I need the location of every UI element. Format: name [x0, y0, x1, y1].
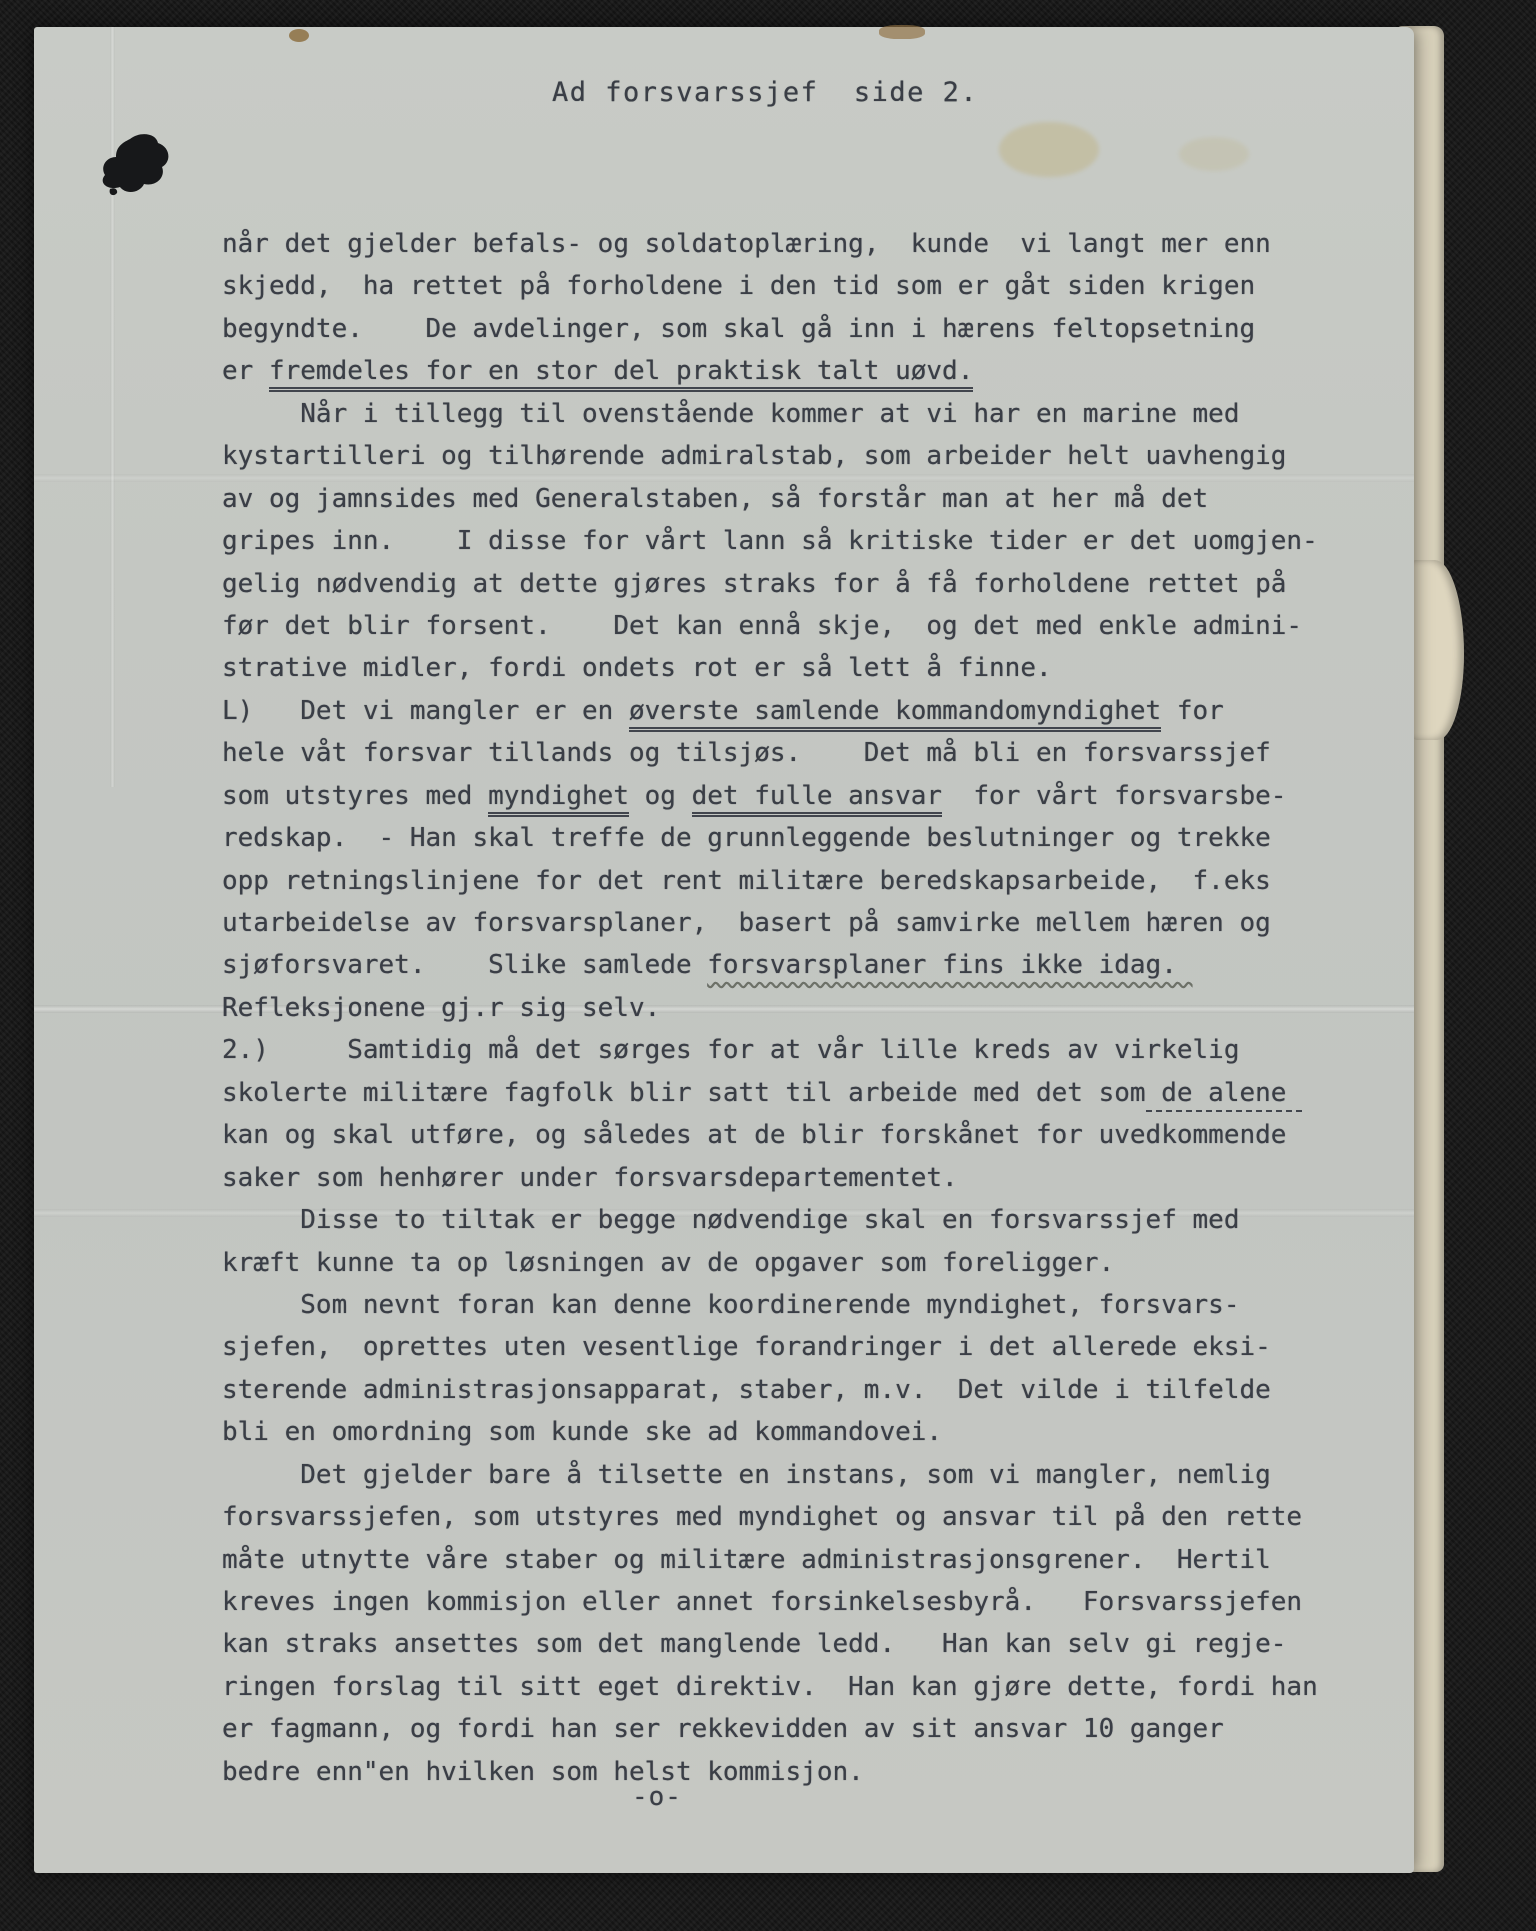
text-line: 2.) Samtidig må det sørges for at vår li…	[222, 1029, 1402, 1071]
text-segment: sterende administrasjonsapparat, staber,…	[222, 1375, 1271, 1405]
text-segment: er fagmann, og fordi han ser rekkevidden…	[222, 1714, 1224, 1744]
text-line: L) Det vi mangler er en øverste samlende…	[222, 690, 1402, 732]
text-line: måte utnytte våre staber og militære adm…	[222, 1539, 1402, 1581]
text-line: strative midler, fordi ondets rot er så …	[222, 647, 1402, 689]
text-line: opp retningslinjene for det rent militær…	[222, 860, 1402, 902]
text-line: ringen forslag til sitt eget direktiv. H…	[222, 1666, 1402, 1708]
text-line: sterende administrasjonsapparat, staber,…	[222, 1369, 1402, 1411]
text-segment: skjedd, ha rettet på forholdene i den ti…	[222, 271, 1255, 301]
text-line: kystartilleri og tilhørende admiralstab,…	[222, 435, 1402, 477]
text-segment: Det gjelder bare å tilsette en instans, …	[222, 1460, 1271, 1490]
text-segment: bedre enn"en hvilken som helst kommisjon…	[222, 1757, 864, 1787]
text-segment: kan og skal utføre, og således at de bli…	[222, 1120, 1286, 1150]
typed-text-body: når det gjelder befals- og soldatoplærin…	[222, 223, 1402, 1793]
text-segment: måte utnytte våre staber og militære adm…	[222, 1545, 1271, 1575]
text-segment: Som nevnt foran kan denne koordinerende …	[222, 1290, 1239, 1320]
text-segment: saker som henhører under forsvarsdeparte…	[222, 1163, 958, 1193]
text-line: redskap. - Han skal treffe de grunnlegge…	[222, 817, 1402, 859]
text-segment: når det gjelder befals- og soldatoplærin…	[222, 229, 1271, 259]
text-segment: redskap. - Han skal treffe de grunnlegge…	[222, 823, 1271, 853]
text-segment: sjøforsvaret. Slike samlede	[222, 950, 707, 980]
stain-spot	[879, 25, 925, 39]
text-segment: ringen forslag til sitt eget direktiv. H…	[222, 1672, 1318, 1702]
text-segment: kreves ingen kommisjon eller annet forsi…	[222, 1587, 1302, 1617]
text-line: kan og skal utføre, og således at de bli…	[222, 1114, 1402, 1156]
text-segment: kræft kunne ta op løsningen av de opgave…	[222, 1248, 1114, 1278]
underlying-page-flap	[1408, 560, 1464, 740]
underlined-text-segment: de alene	[1146, 1078, 1303, 1112]
stain-spot	[289, 29, 309, 42]
text-line: før det blir forsent. Det kan ennå skje,…	[222, 605, 1402, 647]
text-line: bli en omordning som kunde ske ad komman…	[222, 1411, 1402, 1453]
text-segment: sjefen, oprettes uten vesentlige forandr…	[222, 1332, 1271, 1362]
underlined-text-segment: fremdeles for en stor del praktisk talt …	[269, 356, 973, 392]
underlined-text-segment: øverste samlende kommandomyndighet	[629, 696, 1161, 732]
text-segment: forsvarssjefen, som utstyres med myndigh…	[222, 1502, 1302, 1532]
text-segment: for vårt forsvarsbe-	[942, 781, 1286, 811]
text-segment: er	[222, 356, 269, 386]
text-line: Det gjelder bare å tilsette en instans, …	[222, 1454, 1402, 1496]
underlined-text-segment: det fulle ansvar	[692, 781, 942, 817]
text-segment: kystartilleri og tilhørende admiralstab,…	[222, 441, 1286, 471]
text-line: skolerte militære fagfolk blir satt til …	[222, 1072, 1402, 1114]
text-line: gelig nødvendig at dette gjøres straks f…	[222, 563, 1402, 605]
text-segment: før det blir forsent. Det kan ennå skje,…	[222, 611, 1302, 641]
text-segment: kan straks ansettes som det manglende le…	[222, 1629, 1286, 1659]
text-segment: opp retningslinjene for det rent militær…	[222, 866, 1271, 896]
text-line: som utstyres med myndighet og det fulle …	[222, 775, 1402, 817]
text-line: Som nevnt foran kan denne koordinerende …	[222, 1284, 1402, 1326]
text-line: hele våt forsvar tillands og tilsjøs. De…	[222, 732, 1402, 774]
underlined-text-segment: myndighet	[488, 781, 629, 817]
text-line: sjefen, oprettes uten vesentlige forandr…	[222, 1326, 1402, 1368]
text-line: av og jamnsides med Generalstaben, så fo…	[222, 478, 1402, 520]
text-segment: begyndte. De avdelinger, som skal gå inn…	[222, 314, 1255, 344]
document-page: Ad forsvarssjef side 2. når det gjelder …	[34, 27, 1414, 1873]
page-footer: -o-	[632, 1782, 682, 1812]
text-segment: Refleksjonene gj.r sig selv.	[222, 993, 660, 1023]
text-line: forsvarssjefen, som utstyres med myndigh…	[222, 1496, 1402, 1538]
text-line: sjøforsvaret. Slike samlede forsvarsplan…	[222, 944, 1402, 986]
text-segment: som utstyres med	[222, 781, 488, 811]
text-segment: gelig nødvendig at dette gjøres straks f…	[222, 569, 1286, 599]
text-segment: gripes inn. I disse for vårt lann så kri…	[222, 526, 1318, 556]
text-segment: Når i tillegg til ovenstående kommer at …	[222, 399, 1239, 429]
text-line: begyndte. De avdelinger, som skal gå inn…	[222, 308, 1402, 350]
page-header: Ad forsvarssjef side 2.	[552, 77, 978, 108]
text-segment: L) Det vi mangler er en	[222, 696, 629, 726]
text-segment: av og jamnsides med Generalstaben, så fo…	[222, 484, 1208, 514]
text-line: kræft kunne ta op løsningen av de opgave…	[222, 1242, 1402, 1284]
text-line: saker som henhører under forsvarsdeparte…	[222, 1157, 1402, 1199]
text-segment: og	[629, 781, 692, 811]
text-line: Når i tillegg til ovenstående kommer at …	[222, 393, 1402, 435]
text-segment: bli en omordning som kunde ske ad komman…	[222, 1417, 942, 1447]
text-segment: 2.) Samtidig må det sørges for at vår li…	[222, 1035, 1239, 1065]
stain-spot	[1179, 137, 1249, 171]
text-line: skjedd, ha rettet på forholdene i den ti…	[222, 265, 1402, 307]
text-segment: strative midler, fordi ondets rot er så …	[222, 653, 1052, 683]
scanned-document-scene: Ad forsvarssjef side 2. når det gjelder …	[0, 0, 1536, 1931]
text-line: er fagmann, og fordi han ser rekkevidden…	[222, 1708, 1402, 1750]
text-line: bedre enn"en hvilken som helst kommisjon…	[222, 1751, 1402, 1793]
text-segment: for	[1161, 696, 1224, 726]
text-line: utarbeidelse av forsvarsplaner, basert p…	[222, 902, 1402, 944]
underlined-text-segment: forsvarsplaner fins ikke idag.	[707, 950, 1192, 980]
ink-blot	[96, 131, 192, 211]
text-segment: skolerte militære fagfolk blir satt til …	[222, 1078, 1146, 1108]
text-line: Disse to tiltak er begge nødvendige skal…	[222, 1199, 1402, 1241]
text-line: når det gjelder befals- og soldatoplærin…	[222, 223, 1402, 265]
text-line: er fremdeles for en stor del praktisk ta…	[222, 350, 1402, 392]
text-line: kreves ingen kommisjon eller annet forsi…	[222, 1581, 1402, 1623]
text-line: gripes inn. I disse for vårt lann så kri…	[222, 520, 1402, 562]
text-segment: Disse to tiltak er begge nødvendige skal…	[222, 1205, 1239, 1235]
text-line: kan straks ansettes som det manglende le…	[222, 1623, 1402, 1665]
stain-spot	[999, 122, 1099, 177]
text-line: Refleksjonene gj.r sig selv.	[222, 987, 1402, 1029]
text-segment: utarbeidelse av forsvarsplaner, basert p…	[222, 908, 1271, 938]
text-segment: hele våt forsvar tillands og tilsjøs. De…	[222, 738, 1271, 768]
